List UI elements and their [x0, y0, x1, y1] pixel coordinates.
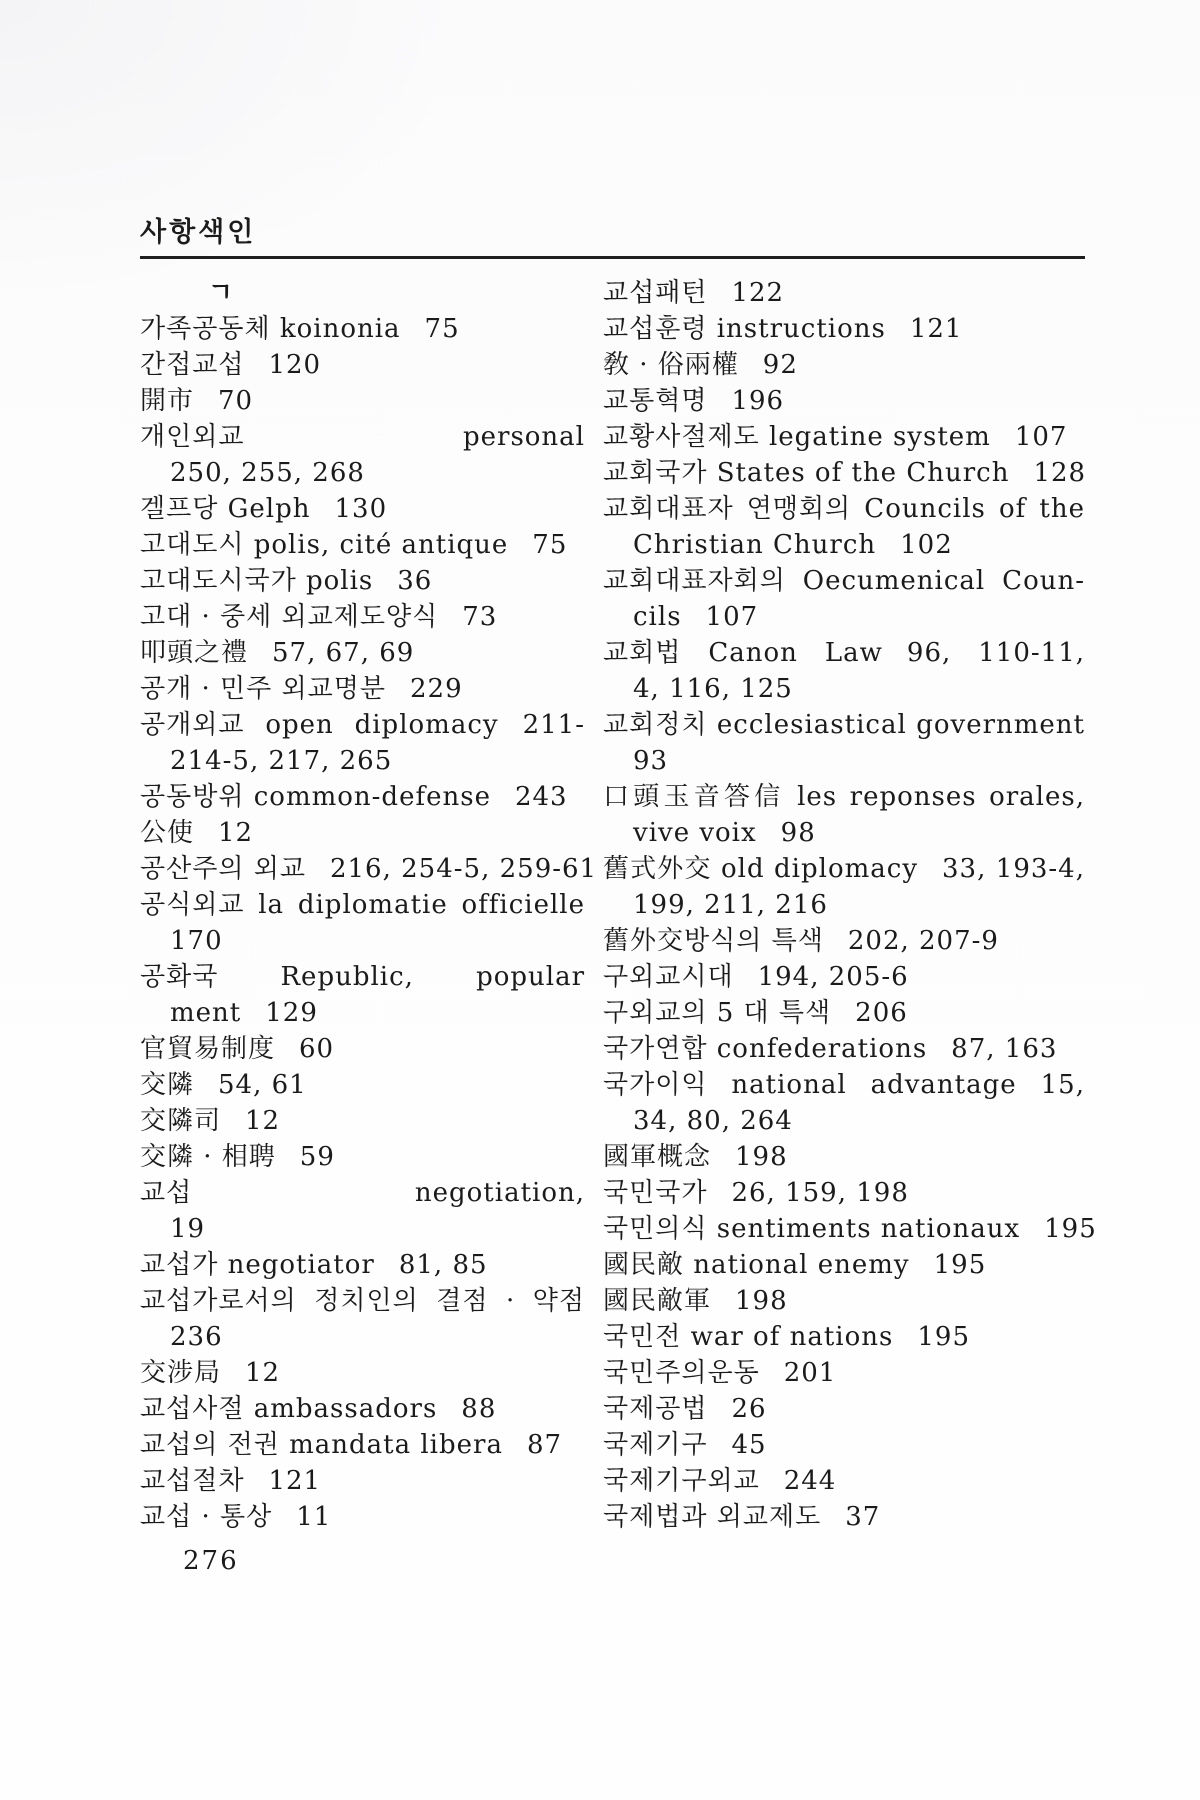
index-entry: 개인외교 personal diplomacy248, — [140, 419, 585, 455]
entry-pages: 26, 159, 198 — [731, 1178, 908, 1208]
index-entry: 구외교의 5 대 특색206 — [603, 995, 1085, 1031]
index-entry: 교섭 negotiation, negotiatio12-4, — [140, 1175, 585, 1211]
index-entry: 고대도시 polis, cité antique75 — [140, 527, 585, 563]
index-entry-continuation: ment129 — [140, 995, 585, 1031]
index-entry: 교회국가 States of the Church128 — [603, 455, 1085, 491]
index-entry: 교황사절제도 legatine system107 — [603, 419, 1085, 455]
index-entry: 교섭가로서의 정치인의 결점 · 약점 — [140, 1283, 585, 1319]
entry-term: 국가연합 confederations — [603, 1034, 927, 1064]
page-number: 276 — [183, 1546, 239, 1576]
entry-pages: 26 — [731, 1394, 766, 1424]
entry-term: 交隣 — [140, 1070, 194, 1100]
index-entry-continuation: 236 — [140, 1319, 585, 1355]
entry-term: 교섭훈령 instructions — [603, 314, 886, 344]
entry-pages: 11 — [296, 1502, 331, 1532]
index-entry: 공개외교 open diplomacy211-2, — [140, 707, 585, 743]
entry-pages: 244 — [784, 1466, 837, 1496]
entry-pages: 75 — [425, 314, 460, 344]
entry-term: 고대도시 polis, cité antique — [140, 530, 508, 560]
entry-pages: 120 — [268, 350, 321, 380]
entry-term: 개인외교 personal diplomacy — [140, 422, 585, 455]
entry-pages: 87, 163 — [951, 1034, 1057, 1064]
entry-pages: 195 — [1044, 1214, 1097, 1244]
entry-term: 교섭가 negotiator — [140, 1250, 375, 1280]
entry-term: vive voix — [633, 818, 757, 848]
index-entry: 교회정치 ecclesiastical government — [603, 707, 1085, 743]
index-column-left: ㄱ가족공동체 koinonia75간접교섭120開市70개인외교 persona… — [140, 275, 585, 1535]
entry-pages: 12 — [245, 1106, 280, 1136]
entry-term: cils — [633, 602, 682, 632]
entry-pages: 75 — [532, 530, 567, 560]
index-entry: 교회법 Canon Law96, 110-11, 113- — [603, 635, 1085, 671]
index-entry-continuation: cils107 — [603, 599, 1085, 635]
entry-term: Christian Church — [633, 530, 876, 560]
entry-pages: 195 — [917, 1322, 970, 1352]
entry-pages: 201 — [784, 1358, 837, 1388]
index-entry: 國軍概念198 — [603, 1139, 1085, 1175]
entry-term: 교섭가로서의 정치인의 결점 · 약점 — [140, 1286, 585, 1316]
entry-term: 공산주의 외교 — [140, 854, 306, 884]
entry-term: 叩頭之禮 — [140, 638, 248, 668]
index-entry: 교회대표자회의 Oecumenical Coun- — [603, 563, 1085, 599]
entry-term: 공화국 Republic, popular govern- — [140, 962, 585, 995]
entry-term: 開市 — [140, 386, 194, 416]
index-entry: 交涉局12 — [140, 1355, 585, 1391]
entry-term: 國軍概念 — [603, 1142, 711, 1172]
entry-term: 교회대표자 연맹회의 Councils of the — [603, 494, 1085, 524]
index-entry: 開市70 — [140, 383, 585, 419]
entry-term: 官貿易制度 — [140, 1034, 275, 1064]
entry-term: ment — [170, 998, 241, 1028]
entry-pages: 54, 61 — [218, 1070, 307, 1100]
entry-term: 국가이익 national advantage — [603, 1070, 1017, 1100]
entry-pages: 202, 207-9 — [848, 926, 999, 956]
index-entry: 겔프당 Gelph130 — [140, 491, 585, 527]
entry-pages: 92 — [763, 350, 798, 380]
index-entry-continuation: 93 — [603, 743, 1085, 779]
index-entry: 공식외교 la diplomatie officielle — [140, 887, 585, 923]
entry-term: 199, 211, 216 — [633, 890, 828, 920]
entry-pages: 98 — [781, 818, 816, 848]
entry-pages: 121 — [910, 314, 963, 344]
index-entry-continuation: 4, 116, 125 — [603, 671, 1085, 707]
entry-term: 93 — [633, 746, 668, 776]
entry-term: 공개외교 open diplomacy — [140, 710, 499, 740]
index-entry: 교섭가 negotiator81, 85 — [140, 1247, 585, 1283]
index-entry: 가족공동체 koinonia75 — [140, 311, 585, 347]
index-entry: 叩頭之禮57, 67, 69 — [140, 635, 585, 671]
entry-term: 국제기구 — [603, 1430, 707, 1460]
index-entry: 舊外交방식의 특색202, 207-9 — [603, 923, 1085, 959]
entry-pages: 121 — [268, 1466, 321, 1496]
index-entry: 공화국 Republic, popular govern- — [140, 959, 585, 995]
book-page: 사항색인 ㄱ가족공동체 koinonia75간접교섭120開市70개인외교 pe… — [0, 0, 1200, 1800]
entry-term: 교섭 · 통상 — [140, 1502, 272, 1532]
index-entry: 舊式外交 old diplomacy33, 193-4, — [603, 851, 1085, 887]
entry-pages: 12 — [245, 1358, 280, 1388]
entry-term: 交隣司 — [140, 1106, 221, 1136]
entry-term: 공식외교 la diplomatie officielle — [140, 890, 585, 920]
index-entry-continuation: Christian Church102 — [603, 527, 1085, 563]
entry-pages: 216, 254-5, 259-61 — [330, 854, 597, 884]
entry-pages: 194, 205-6 — [758, 962, 909, 992]
entry-pages: 243 — [515, 782, 568, 812]
entry-term: 국민의식 sentiments nationaux — [603, 1214, 1020, 1244]
entry-term: 교회법 Canon Law — [603, 638, 883, 668]
entry-pages: 81, 85 — [399, 1250, 488, 1280]
entry-pages: 229 — [410, 674, 463, 704]
entry-term: 국민전 war of nations — [603, 1322, 893, 1352]
index-entry: 敎 · 俗兩權92 — [603, 347, 1085, 383]
index-entry-continuation: 250, 255, 268 — [140, 455, 585, 491]
entry-term: 교섭 negotiation, negotiatio — [140, 1178, 585, 1211]
entry-term: 교섭의 전권 mandata libera — [140, 1430, 503, 1460]
entry-term: 교통혁명 — [603, 386, 707, 416]
entry-term: 214-5, 217, 265 — [170, 746, 392, 776]
entry-term: 간접교섭 — [140, 350, 244, 380]
entry-pages: 12 — [218, 818, 253, 848]
entry-term: 國民敵軍 — [603, 1286, 711, 1316]
index-entry-continuation: 214-5, 217, 265 — [140, 743, 585, 779]
entry-pages: 102 — [900, 530, 953, 560]
index-entry: 口頭玉音答信 les reponses orales, — [603, 779, 1085, 815]
entry-pages: 37 — [845, 1502, 880, 1532]
entry-pages: 198 — [735, 1142, 788, 1172]
index-entry-continuation: 199, 211, 216 — [603, 887, 1085, 923]
entry-term: 公使 — [140, 818, 194, 848]
entry-term: 國民敵 national enemy — [603, 1250, 910, 1280]
entry-pages: 128 — [1033, 458, 1086, 488]
index-entry: 공동방위 common-defense243 — [140, 779, 585, 815]
entry-term: 가족공동체 koinonia — [140, 314, 401, 344]
entry-term: 敎 · 俗兩權 — [603, 350, 739, 380]
entry-term: 국민국가 — [603, 1178, 707, 1208]
entry-pages: 59 — [300, 1142, 335, 1172]
index-entry-continuation: 19 — [140, 1211, 585, 1247]
index-entry: 공개 · 민주 외교명분229 — [140, 671, 585, 707]
entry-term: 교섭사절 ambassadors — [140, 1394, 437, 1424]
index-entry: 國民敵 national enemy195 — [603, 1247, 1085, 1283]
entry-term: 口頭玉音答信 les reponses orales, — [603, 782, 1085, 812]
entry-term: 구외교시대 — [603, 962, 734, 992]
index-entry-continuation: 170 — [140, 923, 585, 959]
index-entry: 國民敵軍198 — [603, 1283, 1085, 1319]
index-entry: 구외교시대194, 205-6 — [603, 959, 1085, 995]
index-entry: 국제법과 외교제도37 — [603, 1499, 1085, 1535]
entry-term: 겔프당 Gelph — [140, 494, 310, 524]
index-entry: 교섭절차121 — [140, 1463, 585, 1499]
index-entry: 국민주의운동201 — [603, 1355, 1085, 1391]
entry-term: 19 — [170, 1214, 205, 1244]
entry-term: 舊外交방식의 특색 — [603, 926, 824, 956]
entry-pages: 107 — [1015, 422, 1068, 452]
entry-pages: 107 — [706, 602, 759, 632]
index-columns: ㄱ가족공동체 koinonia75간접교섭120開市70개인외교 persona… — [140, 275, 1085, 1535]
entry-pages: 45 — [731, 1430, 766, 1460]
entry-pages: 33, 193-4, — [942, 854, 1085, 884]
entry-term: 고대 · 중세 외교제도양식 — [140, 602, 438, 632]
index-entry-continuation: vive voix98 — [603, 815, 1085, 851]
entry-pages: 60 — [299, 1034, 334, 1064]
entry-term: 170 — [170, 926, 223, 956]
entry-term: 교회국가 States of the Church — [603, 458, 1009, 488]
entry-term: 국제기구외교 — [603, 1466, 760, 1496]
index-entry: 고대도시국가 polis36 — [140, 563, 585, 599]
entry-term: 공개 · 민주 외교명분 — [140, 674, 386, 704]
index-entry: 고대 · 중세 외교제도양식73 — [140, 599, 585, 635]
entry-pages: 122 — [731, 278, 784, 308]
index-entry: 국가연합 confederations87, 163 — [603, 1031, 1085, 1067]
entry-term: 구외교의 5 대 특색 — [603, 998, 831, 1028]
index-entry: 공산주의 외교216, 254-5, 259-61 — [140, 851, 585, 887]
entry-term: 4, 116, 125 — [633, 674, 793, 704]
entry-term: 교회정치 ecclesiastical government — [603, 710, 1085, 740]
entry-term: 交隣 · 相聘 — [140, 1142, 276, 1172]
entry-term: 34, 80, 264 — [633, 1106, 793, 1136]
index-entry: 국제기구45 — [603, 1427, 1085, 1463]
entry-term: 교황사절제도 legatine system — [603, 422, 991, 452]
entry-pages: 73 — [462, 602, 497, 632]
index-entry: 官貿易制度60 — [140, 1031, 585, 1067]
entry-pages: 129 — [265, 998, 318, 1028]
index-entry: 交隣 · 相聘59 — [140, 1139, 585, 1175]
section-header: ㄱ — [140, 275, 585, 311]
entry-term: 공동방위 common-defense — [140, 782, 491, 812]
entry-pages: 57, 67, 69 — [272, 638, 414, 668]
index-entry: 교섭의 전권 mandata libera87 — [140, 1427, 585, 1463]
entry-term: 교섭절차 — [140, 1466, 244, 1496]
entry-term: 250, 255, 268 — [170, 458, 365, 488]
entry-pages: 196 — [731, 386, 784, 416]
entry-term: 국제공법 — [603, 1394, 707, 1424]
entry-pages: 198 — [735, 1286, 788, 1316]
entry-term: 고대도시국가 polis — [140, 566, 373, 596]
header-rule — [140, 256, 1085, 259]
index-entry: 국제기구외교244 — [603, 1463, 1085, 1499]
index-entry: 간접교섭120 — [140, 347, 585, 383]
index-entry: 交隣54, 61 — [140, 1067, 585, 1103]
entry-term: 교섭패턴 — [603, 278, 707, 308]
index-entry-continuation: 34, 80, 264 — [603, 1103, 1085, 1139]
entry-term: ㄱ — [208, 278, 234, 308]
entry-term: 舊式外交 old diplomacy — [603, 854, 918, 884]
entry-pages: 195 — [934, 1250, 987, 1280]
index-entry: 국가이익 national advantage15, — [603, 1067, 1085, 1103]
entry-term: 교회대표자회의 Oecumenical Coun- — [603, 566, 1085, 596]
entry-pages: 206 — [855, 998, 908, 1028]
index-entry: 국제공법26 — [603, 1391, 1085, 1427]
index-entry: 교섭사절 ambassadors88 — [140, 1391, 585, 1427]
index-entry: 公使12 — [140, 815, 585, 851]
entry-pages: 130 — [334, 494, 387, 524]
index-content: 사항색인 ㄱ가족공동체 koinonia75간접교섭120開市70개인외교 pe… — [140, 216, 1085, 1535]
entry-pages: 87 — [527, 1430, 562, 1460]
index-entry: 교섭패턴122 — [603, 275, 1085, 311]
index-entry: 교섭 · 통상11 — [140, 1499, 585, 1535]
index-entry: 교통혁명196 — [603, 383, 1085, 419]
index-entry: 국민국가26, 159, 198 — [603, 1175, 1085, 1211]
index-entry: 교회대표자 연맹회의 Councils of the — [603, 491, 1085, 527]
entry-pages: 15, — [1041, 1070, 1085, 1100]
entry-term: 국민주의운동 — [603, 1358, 760, 1388]
entry-term: 국제법과 외교제도 — [603, 1502, 821, 1532]
running-head: 사항색인 — [140, 216, 1085, 250]
entry-term: 236 — [170, 1322, 223, 1352]
index-entry: 국민의식 sentiments nationaux195 — [603, 1211, 1085, 1247]
entry-pages: 36 — [397, 566, 432, 596]
entry-term: 交涉局 — [140, 1358, 221, 1388]
entry-pages: 88 — [461, 1394, 496, 1424]
entry-pages: 70 — [218, 386, 253, 416]
index-entry: 교섭훈령 instructions121 — [603, 311, 1085, 347]
index-entry: 交隣司12 — [140, 1103, 585, 1139]
index-entry: 국민전 war of nations195 — [603, 1319, 1085, 1355]
index-column-right: 교섭패턴122교섭훈령 instructions121敎 · 俗兩權92교통혁명… — [603, 275, 1085, 1535]
